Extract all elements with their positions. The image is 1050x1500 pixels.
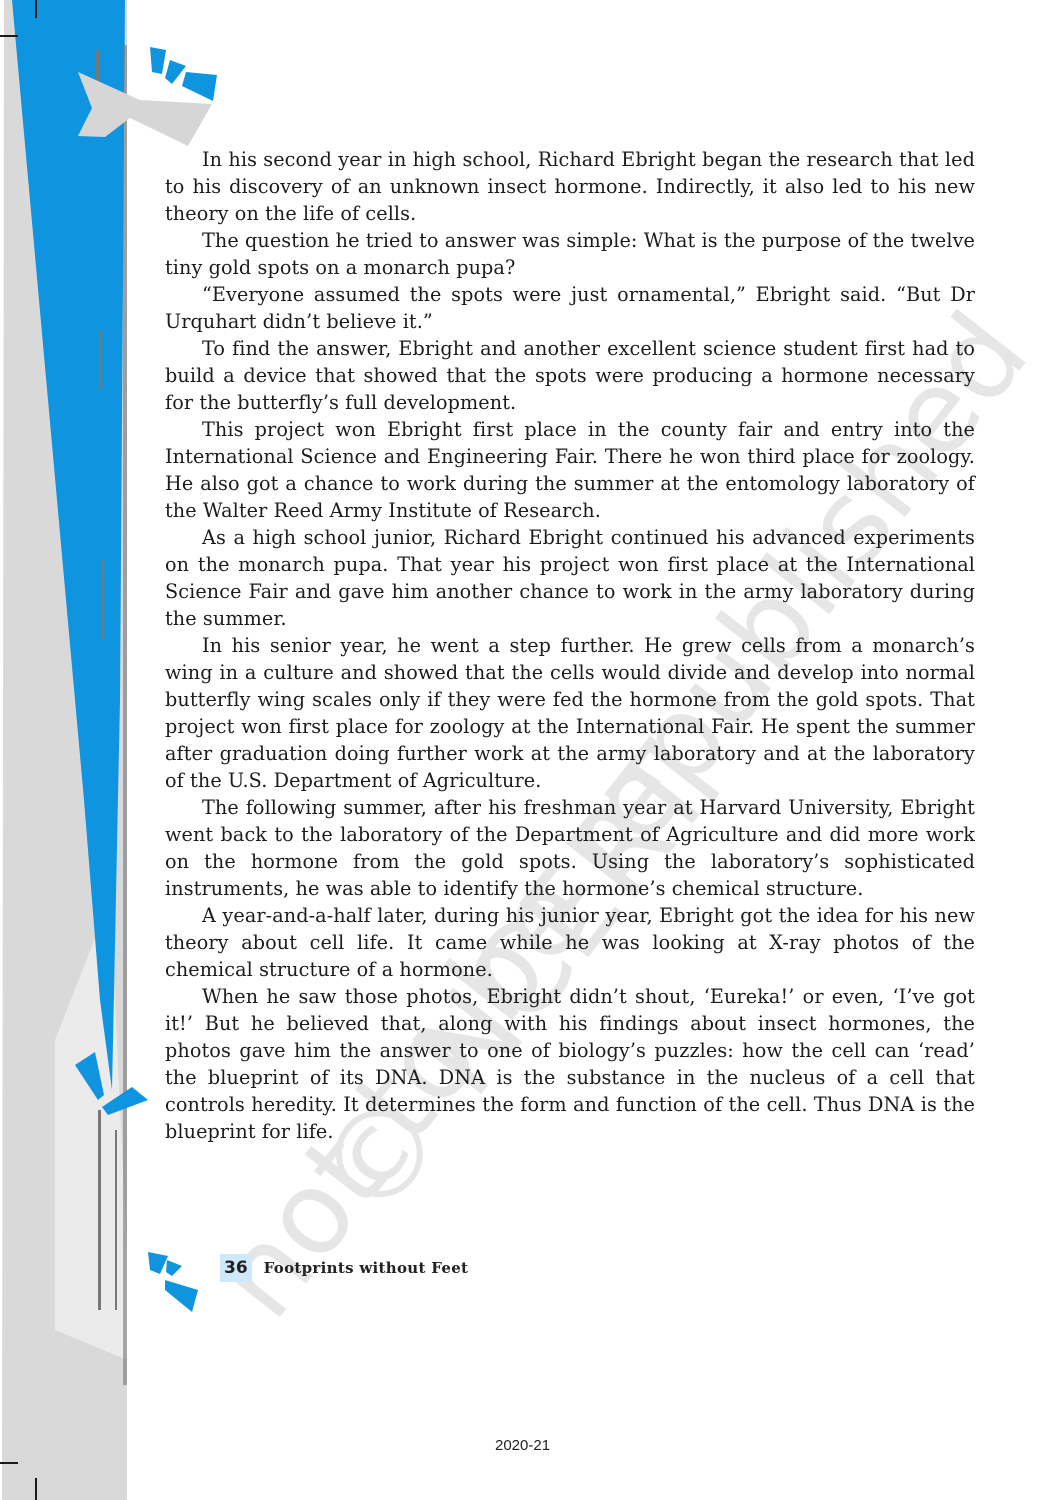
crop-mark [35, 1478, 37, 1500]
paragraph: This project won Ebright first place in … [165, 416, 975, 524]
paragraph: In his second year in high school, Richa… [165, 146, 975, 227]
edition-year: 2020-21 [495, 1437, 550, 1454]
crop-mark [35, 0, 37, 18]
paragraph: A year-and-a-half later, during his juni… [165, 902, 975, 983]
paragraph: The question he tried to answer was simp… [165, 227, 975, 281]
paragraph: “Everyone assumed the spots were just or… [165, 281, 975, 335]
star-burst-bottom-icon [148, 1252, 198, 1312]
paragraph: When he saw those photos, Ebright didn’t… [165, 983, 975, 1145]
page-number: 36 [220, 1254, 252, 1282]
crop-mark [0, 35, 18, 37]
paragraph: The following summer, after his freshman… [165, 794, 975, 902]
paragraph: To find the answer, Ebright and another … [165, 335, 975, 416]
body-text: In his second year in high school, Richa… [165, 146, 975, 1145]
page-footer-tag: 36 Footprints without Feet [220, 1254, 468, 1282]
paragraph: As a high school junior, Richard Ebright… [165, 524, 975, 632]
crop-mark [0, 1462, 18, 1464]
book-title: Footprints without Feet [264, 1259, 469, 1277]
paragraph: In his senior year, he went a step furth… [165, 632, 975, 794]
